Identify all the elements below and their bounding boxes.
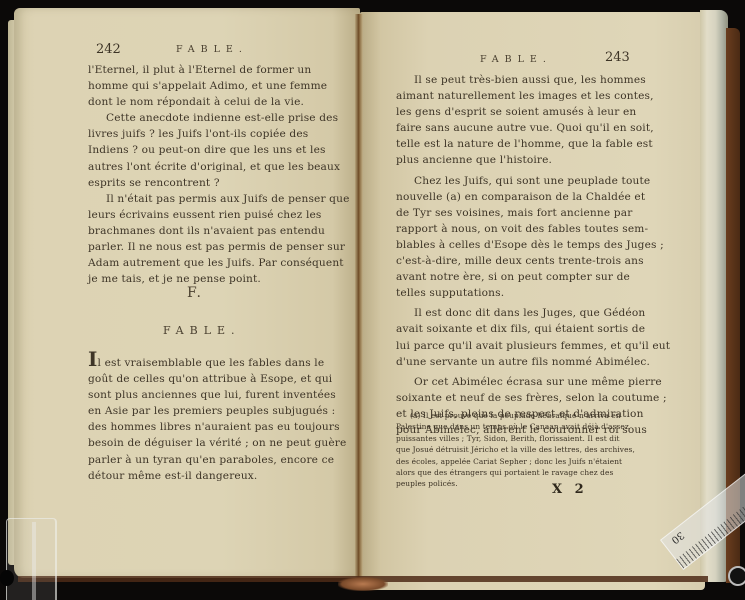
- text-line-rest: l est vraisemblable que les fables dans …: [98, 357, 325, 369]
- paragraph: Chez les Juifs, qui sont une peuplade to…: [396, 173, 696, 302]
- text-line: Adam autrement que les Juifs. Par conséq…: [88, 255, 356, 271]
- text-line: homme qui s'appelait Adimo, et une femme: [88, 78, 356, 94]
- ruler-label: 30: [669, 529, 686, 546]
- right-running-head: FABLE.: [480, 54, 552, 65]
- text-line: des hommes libres n'auraient pas eu touj…: [88, 419, 356, 435]
- right-page-number: 243: [605, 50, 630, 65]
- paragraph: Il est donc dit dans les Juges, que Gédé…: [396, 305, 696, 369]
- text-line: Il se peut très-bien aussi que, les homm…: [396, 72, 696, 88]
- text-line: Chez les Juifs, qui sont une peuplade to…: [396, 173, 696, 189]
- left-running-head: FABLE.: [176, 44, 248, 55]
- text-line: blables à celles d'Esope dès le temps de…: [396, 237, 696, 253]
- left-page-number: 242: [96, 42, 121, 57]
- footnote-line: que Josué détruisit Jéricho et la ville …: [396, 444, 696, 455]
- footnote: (a) Il est prouvé que la peuplade hébraï…: [396, 410, 696, 490]
- text-line: lui parce qu'il avait plusieurs femmes, …: [396, 338, 696, 354]
- signature-mark: X 2: [552, 482, 588, 497]
- text-line: besoin de déguiser la vérité ; on ne peu…: [88, 435, 356, 451]
- text-line: Or cet Abimélec écrasa sur une même pier…: [396, 374, 696, 390]
- footnote-line: puissantes villes ; Tyr, Sidon, Berith, …: [396, 433, 696, 444]
- text-line: esprits se rencontrent ?: [88, 175, 356, 191]
- footnote-line: Palestine que dans un temps où le Canaan…: [396, 421, 696, 432]
- text-line: Il est donc dit dans les Juges, que Gédé…: [396, 305, 696, 321]
- text-line: parler. Il ne nous est pas permis de pen…: [88, 239, 356, 255]
- text-line: Indiens ? ou peut-on dire que les uns et…: [88, 142, 356, 158]
- text-line: Il n'était pas permis aux Juifs de pense…: [88, 191, 356, 207]
- left-clip-bar: [32, 522, 36, 600]
- paragraph: Il se peut très-bien aussi que, les homm…: [396, 72, 696, 169]
- text-line: livres juifs ? les Juifs l'ont-ils copié…: [88, 126, 356, 142]
- left-clip-knob: [0, 570, 14, 586]
- paragraph: Il est vraisemblable que les fables dans…: [88, 352, 356, 484]
- spine-gutter: [355, 14, 363, 584]
- paragraph: Il n'était pas permis aux Juifs de pense…: [88, 191, 356, 288]
- text-line: Il est vraisemblable que les fables dans…: [88, 352, 356, 371]
- text-line: soixante et neuf de ses frères, selon la…: [396, 390, 696, 406]
- text-line: les gens d'esprit se soient amusés à leu…: [396, 104, 696, 120]
- paragraph: l'Eternel, il plut à l'Eternel de former…: [88, 62, 356, 110]
- text-line: parler à un tyran qu'en paraboles, encor…: [88, 452, 356, 468]
- text-line: dont le nom répondait à celui de la vie.: [88, 94, 356, 110]
- text-line: sont plus anciennes que lui, furent inve…: [88, 387, 356, 403]
- text-line: plus ancienne que l'histoire.: [396, 152, 696, 168]
- text-line: autres l'ont écrite d'original, et que l…: [88, 159, 356, 175]
- drop-cap: I: [88, 347, 98, 371]
- text-line: Cette anecdote indienne est-elle prise d…: [88, 110, 356, 126]
- text-line: nouvelle (a) en comparaison de la Chaldé…: [396, 189, 696, 205]
- text-line: c'est-à-dire, mille deux cents trente-tr…: [396, 253, 696, 269]
- section-letter: F.: [187, 285, 203, 301]
- text-line: détour même est-il dangereux.: [88, 468, 356, 484]
- text-line: l'Eternel, il plut à l'Eternel de former…: [88, 62, 356, 78]
- text-line: aimant naturellement les images et les c…: [396, 88, 696, 104]
- text-line: faire sans aucune autre vue. Quoi qu'il …: [396, 120, 696, 136]
- right-page-text: Il se peut très-bien aussi que, les homm…: [396, 72, 696, 438]
- text-line: telle est la nature de l'homme, que la f…: [396, 136, 696, 152]
- text-line: goût de celles qu'on attribue à Esope, e…: [88, 371, 356, 387]
- text-line: en Asie par les premiers peuples subjugu…: [88, 403, 356, 419]
- footnote-line: (a) Il est prouvé que la peuplade hébraï…: [396, 410, 696, 421]
- spine-bottom: [338, 577, 388, 591]
- text-line: rapport à nous, on voit des fables toute…: [396, 221, 696, 237]
- left-page-top-text: l'Eternel, il plut à l'Eternel de former…: [88, 62, 356, 287]
- text-line: leurs écrivains eussent rien puisé chez …: [88, 207, 356, 223]
- footnote-line: alors que des étrangers qui portaient le…: [396, 467, 696, 478]
- text-line: de Tyr ses voisines, mais fort ancienne …: [396, 205, 696, 221]
- footnote-line: peuples policés.: [396, 478, 696, 489]
- text-line: avant notre ère, si on peut compter sur …: [396, 269, 696, 285]
- text-line: d'une servante un autre fils nommé Abimé…: [396, 354, 696, 370]
- open-book: 242 FABLE. l'Eternel, il plut à l'Eterne…: [0, 0, 745, 600]
- paragraph: Cette anecdote indienne est-elle prise d…: [88, 110, 356, 190]
- text-line: brachmanes dont ils n'avaient pas entend…: [88, 223, 356, 239]
- text-line: je me tais, et je ne pense point.: [88, 271, 356, 287]
- section-title: FABLE.: [163, 324, 241, 337]
- text-line: avait soixante et dix fils, qui étaient …: [396, 321, 696, 337]
- text-line: telles supputations.: [396, 285, 696, 301]
- ruler-hole: [728, 566, 745, 586]
- footnote-line: des écoles, appelée Cariat Sepher ; donc…: [396, 456, 696, 467]
- left-page-bottom-text: Il est vraisemblable que les fables dans…: [88, 352, 356, 484]
